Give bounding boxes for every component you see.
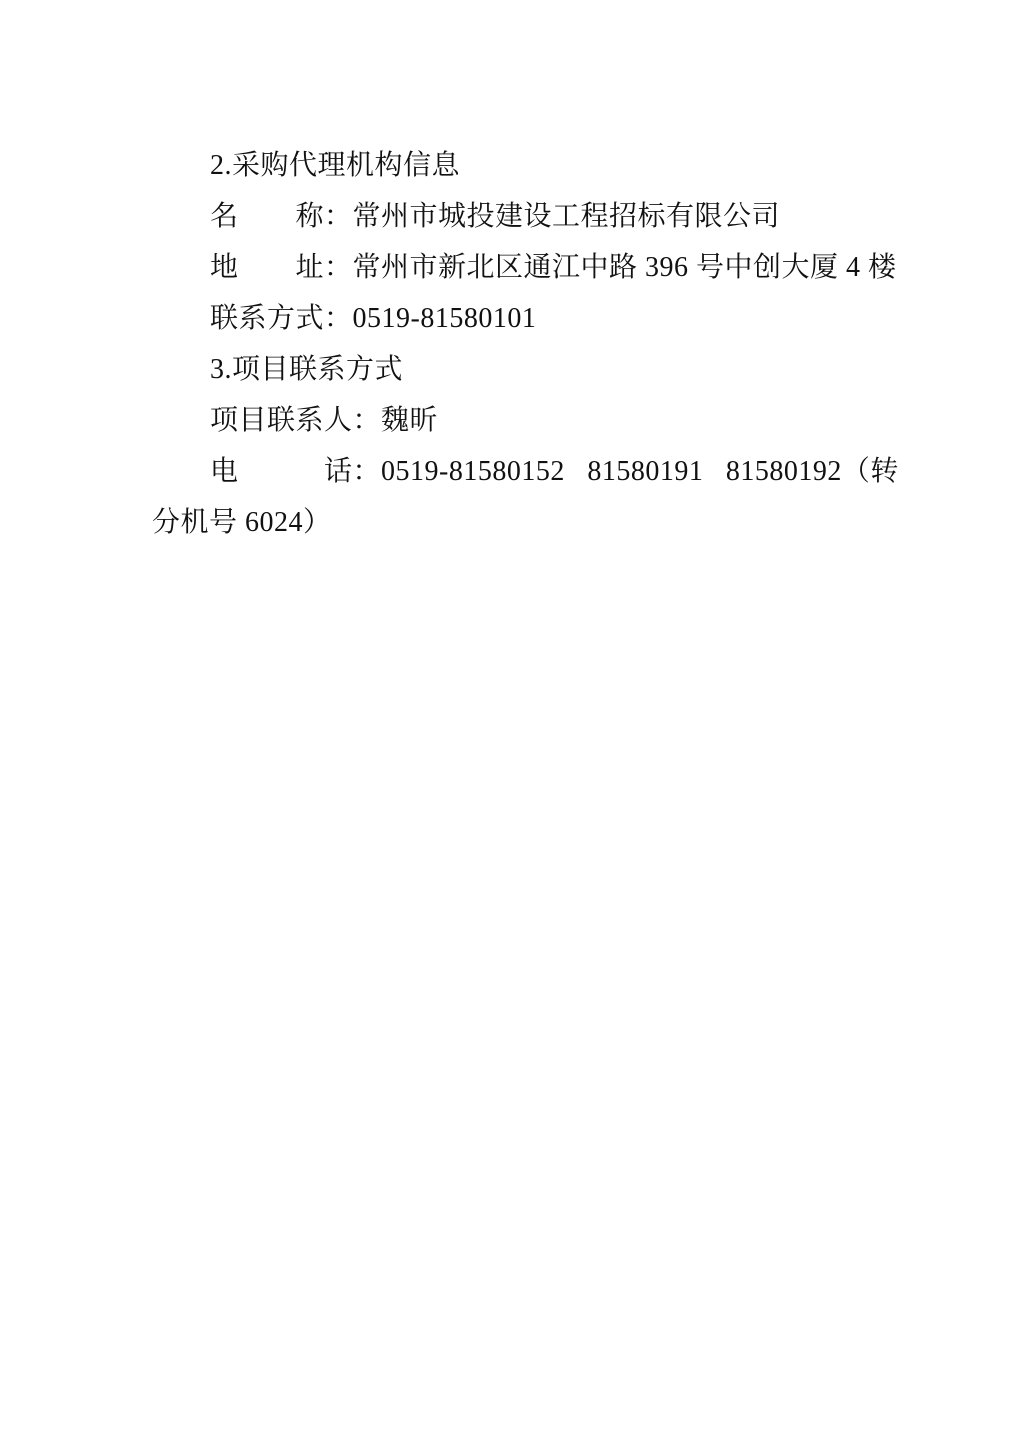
agency-address-line: 地 址：常州市新北区通江中路 396 号中创大厦 4 楼 <box>152 239 897 290</box>
agency-name-line: 名 称：常州市城投建设工程招标有限公司 <box>152 188 897 239</box>
section-3-heading: 3.项目联系方式 <box>152 341 897 392</box>
project-contact-person-line: 项目联系人：魏昕 <box>152 392 897 443</box>
section-2-heading: 2.采购代理机构信息 <box>152 137 897 188</box>
agency-contact-line: 联系方式：0519-81580101 <box>152 290 897 341</box>
phone-line-1: 电 话：0519-81580152 81580191 81580192（转 <box>152 443 897 494</box>
phone-line-2: 分机号 6024） <box>152 494 897 545</box>
document-text-block: 2.采购代理机构信息 名 称：常州市城投建设工程招标有限公司 地 址：常州市新北… <box>152 137 897 545</box>
document-page: 2.采购代理机构信息 名 称：常州市城投建设工程招标有限公司 地 址：常州市新北… <box>0 0 1024 1448</box>
